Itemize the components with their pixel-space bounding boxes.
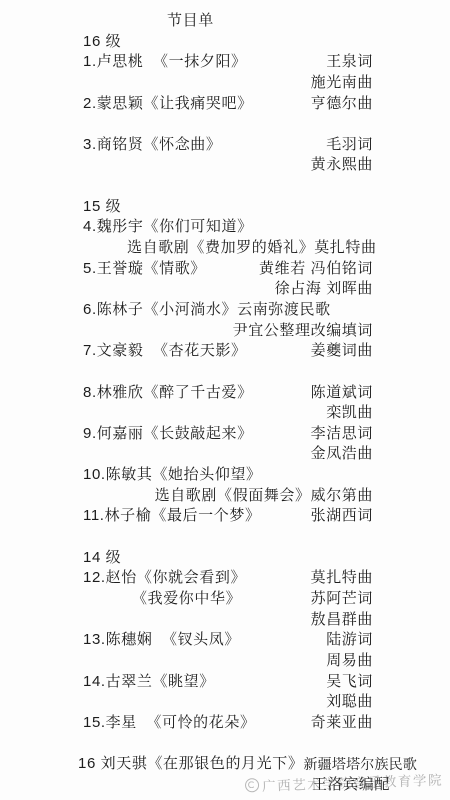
spacer-row [83, 176, 373, 197]
row-credit-text: 毛羽词 [326, 135, 373, 156]
program-row: 施光南曲 [83, 73, 373, 94]
row-credit-text: 周易曲 [326, 651, 373, 672]
row-credit-text: 张湖西词 [311, 506, 373, 527]
row-credit-text: 莫扎特曲 [314, 238, 376, 259]
program-row: 尹宜公整理改编填词 [83, 321, 373, 342]
program-row: 5.王誉璇《情歌》黄维若 冯伯铭词 [83, 259, 373, 280]
row-left-text: 14.古翠兰《眺望》 [83, 672, 215, 693]
row-credit-text: 黄永熙曲 [311, 155, 373, 176]
program-page: 节目单16 级1.卢思桃 《一抹夕阳》王泉词施光南曲2.蒙思颖《让我痛哭吧》亨德… [0, 0, 450, 800]
row-credit-text: 吴飞词 [326, 672, 373, 693]
program-row: 敖昌群曲 [83, 610, 373, 631]
row-credit-text: 亨德尔曲 [311, 94, 373, 115]
row-left-text: 2.蒙思颖《让我痛哭吧》 [83, 94, 253, 115]
program-row: 7.文豪毅 《杏花天影》姜夔词曲 [83, 341, 373, 362]
program-row: 金凤浩曲 [83, 444, 373, 465]
row-left-text: 11.林子榆《最后一个梦》 [83, 506, 261, 527]
row-credit-text: 陆游词 [326, 630, 373, 651]
program-row: 11.林子榆《最后一个梦》张湖西词 [83, 506, 373, 527]
program-row: 徐占海 刘晖曲 [83, 279, 373, 300]
row-credit-text: 刘聪曲 [326, 692, 373, 713]
row-credit-text: 施光南曲 [311, 73, 373, 94]
program-row: 15.李星 《可怜的花朵》奇莱亚曲 [83, 713, 373, 734]
row-credit-text: 黄维若 冯伯铭词 [259, 259, 373, 280]
program-row: 13.陈穗娴 《钗头凤》陆游词 [83, 630, 373, 651]
row-left-text: 8.林雅欣《醉了千古爱》 [83, 383, 253, 404]
row-credit-text: 选自歌剧《假面舞会》威尔第曲 [155, 486, 373, 507]
row-left-text: 节目单 [167, 12, 214, 29]
row-credit-text: 栾凯曲 [326, 403, 373, 424]
program-row: 黄永熙曲 [83, 155, 373, 176]
row-left-text: 16 级 [83, 32, 121, 53]
row-credit-text: 徐占海 刘晖曲 [275, 279, 373, 300]
row-credit-text: 敖昌群曲 [311, 610, 373, 631]
spacer-row [83, 114, 373, 135]
program-row: 2.蒙思颖《让我痛哭吧》亨德尔曲 [83, 94, 373, 115]
row-left-text: 《我爱你中华》 [83, 589, 241, 610]
spacer-row [83, 527, 373, 548]
row-left-text: 7.文豪毅 《杏花天影》 [83, 341, 247, 362]
row-left-text: 选自歌剧《费加罗的婚礼》 [83, 238, 314, 259]
section-heading: 16 级 [83, 32, 373, 53]
row-left-text: 1.卢思桃 《一抹夕阳》 [83, 52, 247, 73]
row-credit-text: 金凤浩曲 [311, 444, 373, 465]
row-left-text: 5.王誉璇《情歌》 [83, 259, 206, 280]
program-row: 选自歌剧《费加罗的婚礼》莫扎特曲 [83, 238, 373, 259]
row-left-text: 16 刘天骐《在那银色的月光下》 [78, 754, 303, 775]
program-row: 12.赵怡《你就会看到》莫扎特曲 [83, 568, 373, 589]
row-credit-text: 陈道斌词 [311, 383, 373, 404]
section-heading: 14 级 [83, 548, 373, 569]
program-list: 节目单16 级1.卢思桃 《一抹夕阳》王泉词施光南曲2.蒙思颖《让我痛哭吧》亨德… [83, 11, 373, 795]
program-row: 9.何嘉丽《长鼓敲起来》李洁思词 [83, 424, 373, 445]
spacer-row [83, 362, 373, 383]
program-row: 16 刘天骐《在那银色的月光下》新疆塔塔尔族民歌 [83, 754, 373, 775]
row-credit-text: 苏阿芒词 [311, 589, 373, 610]
row-credit-text: 新疆塔塔尔族民歌 [303, 754, 417, 775]
program-row: 10.陈敏其《她抬头仰望》 [83, 465, 373, 486]
program-row: 4.魏彤宇《你们可知道》 [83, 217, 373, 238]
row-left-text: 10.陈敏其《她抬头仰望》 [83, 465, 262, 486]
row-left-text: 9.何嘉丽《长鼓敲起来》 [83, 424, 253, 445]
row-left-text: 4.魏彤宇《你们可知道》 [83, 217, 253, 238]
row-credit-text: 尹宜公整理改编填词 [233, 321, 373, 342]
row-left-text: 13.陈穗娴 《钗头凤》 [83, 630, 240, 651]
section-heading: 15 级 [83, 197, 373, 218]
program-row: 刘聪曲 [83, 692, 373, 713]
row-credit-text: 王洛宾编配 [312, 775, 390, 796]
page-title: 节目单 [83, 11, 373, 32]
program-row: 6.陈林子《小河淌水》云南弥渡民歌 [83, 300, 373, 321]
row-left-text: 15.李星 《可怜的花朵》 [83, 713, 256, 734]
row-left-text: 12.赵怡《你就会看到》 [83, 568, 246, 589]
row-credit-text: 奇莱亚曲 [311, 713, 373, 734]
row-left-text: 14 级 [83, 548, 121, 569]
spacer-row [83, 733, 373, 754]
program-row: 周易曲 [83, 651, 373, 672]
row-left-text: 3.商铭贤《怀念曲》 [83, 135, 222, 156]
program-row: 1.卢思桃 《一抹夕阳》王泉词 [83, 52, 373, 73]
row-credit-text: 姜夔词曲 [311, 341, 373, 362]
row-left-text: 6.陈林子《小河淌水》云南弥渡民歌 [83, 300, 331, 321]
row-credit-text: 王泉词 [326, 52, 373, 73]
program-row: 8.林雅欣《醉了千古爱》陈道斌词 [83, 383, 373, 404]
program-row: 14.古翠兰《眺望》吴飞词 [83, 672, 373, 693]
program-row: 选自歌剧《假面舞会》威尔第曲 [83, 486, 373, 507]
program-row: 《我爱你中华》苏阿芒词 [83, 589, 373, 610]
program-row: 3.商铭贤《怀念曲》毛羽词 [83, 135, 373, 156]
program-row: 栾凯曲 [83, 403, 373, 424]
row-left-text: 15 级 [83, 197, 121, 218]
row-credit-text: 莫扎特曲 [311, 568, 373, 589]
program-row: 王洛宾编配 [83, 775, 373, 796]
row-credit-text: 李洁思词 [311, 424, 373, 445]
